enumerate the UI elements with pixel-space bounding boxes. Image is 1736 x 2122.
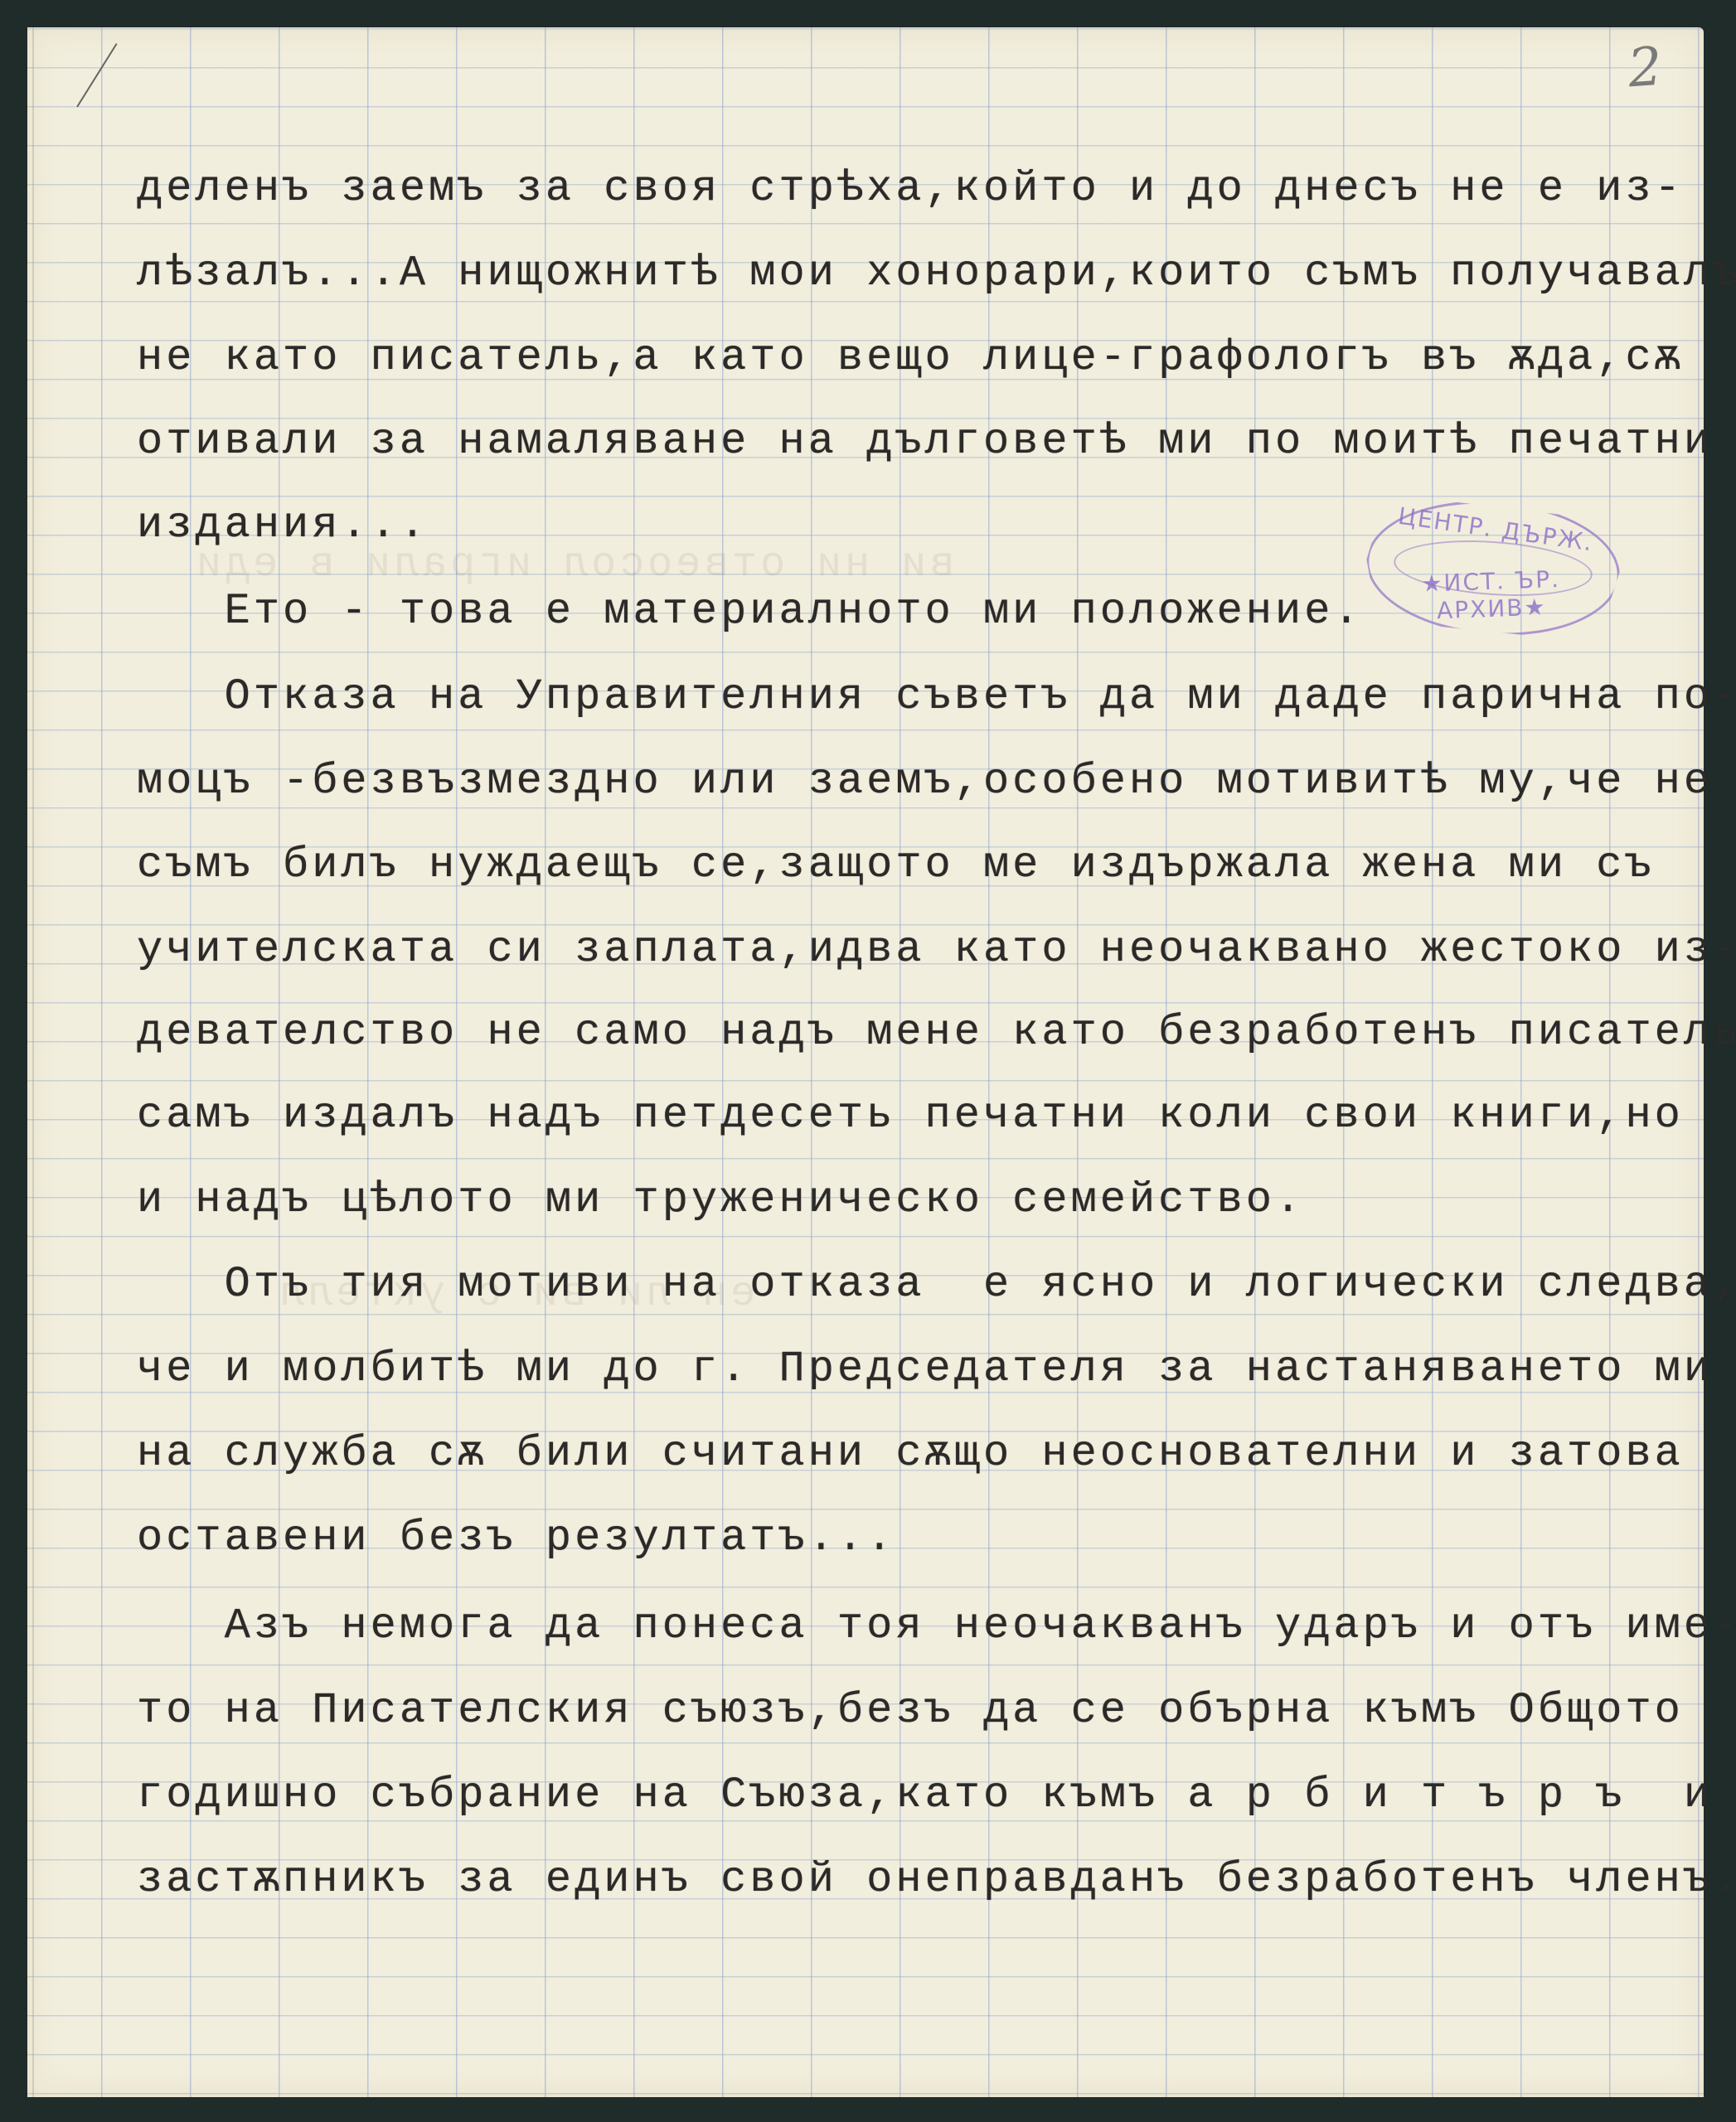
text-line: отивали за намаляване на дълговетѣ ми по…: [137, 417, 1713, 467]
text-line: моцъ -безвъзмездно или заемъ,особено мот…: [137, 757, 1713, 807]
text-line: самъ издалъ надъ петдесеть печатни коли …: [137, 1091, 1684, 1141]
stamp-bottom-text: ★ИСТ. ЪР. АРХИВ★: [1366, 564, 1617, 627]
text-line: деленъ заемъ за своя стрѣха,който и до д…: [137, 164, 1684, 214]
text-line: и надъ цѣлото ми труженическо семейство.: [137, 1175, 1304, 1225]
text-line: Ето - това е материалното ми положение.: [137, 587, 1363, 637]
pencil-slash-mark: [76, 43, 117, 107]
archive-stamp: ЦЕНТР. ДЪРЖ. ★ИСТ. ЪР. АРХИВ★: [1362, 493, 1624, 644]
text-line: издания...: [137, 501, 429, 550]
text-line: съмъ билъ нуждаещъ се,защото ме издържал…: [137, 841, 1655, 890]
text-line: лѣзалъ...А нищожнитѣ мои хонорари,които …: [137, 249, 1736, 298]
text-line: учителската си заплата,идва като неочакв…: [137, 925, 1736, 975]
text-line: оставени безъ резултатъ...: [137, 1514, 895, 1563]
text-line: Отъ тия мотиви на отказа е ясно и логиче…: [137, 1260, 1736, 1310]
text-line: девателство не само надъ мене като безра…: [137, 1008, 1736, 1058]
text-line: не като писатель,а като вещо лице-графол…: [137, 333, 1684, 383]
text-line: Отказа на Управителния съветъ да ми даде…: [137, 672, 1736, 722]
text-line: годишно събрание на Съюза,като къмъ а р …: [137, 1771, 1713, 1820]
text-line: то на Писателския съюзъ,безъ да се обърн…: [137, 1686, 1684, 1736]
left-margin-line: [32, 27, 34, 2097]
text-line: че и молбитѣ ми до г. Председателя за на…: [137, 1344, 1713, 1394]
page-number: 2: [1627, 36, 1665, 100]
text-line: застѫпникъ за единъ свой онеправданъ без…: [137, 1855, 1736, 1905]
text-line: на служба сѫ били считани сѫщо неосноват…: [137, 1429, 1684, 1479]
text-line: Азъ немога да понеса тоя неочакванъ удар…: [137, 1601, 1736, 1651]
